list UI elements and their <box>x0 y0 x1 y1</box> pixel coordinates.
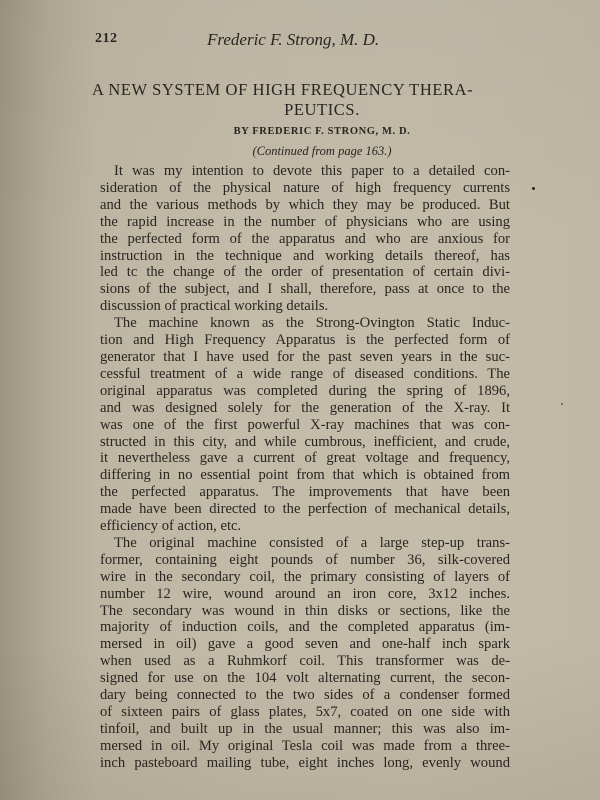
article-title-line-2: PEUTICS. <box>92 100 552 120</box>
text-line: the perfected apparatus. The improvement… <box>100 484 510 501</box>
text-line: The machine known as the Strong-Ovington… <box>100 315 510 332</box>
text-line: efficiency of action, etc. <box>100 518 510 535</box>
article-body: It was my intention to devote this paper… <box>100 163 510 772</box>
paper-speck <box>561 403 563 405</box>
text-line: former, containing eight pounds of numbe… <box>100 552 510 569</box>
text-line: dary being connected to the two sides of… <box>100 687 510 704</box>
text-line: the rapid increase in the number of phys… <box>100 214 510 231</box>
text-line: sideration of the physical nature of hig… <box>100 180 510 197</box>
text-line: wire in the secondary coil, the primary … <box>100 569 510 586</box>
text-line: of sixteen pairs of glass plates, 5x7, c… <box>100 704 510 721</box>
text-line: led tc the change of the order of presen… <box>100 264 510 281</box>
text-line: signed for use on the 104 volt alternati… <box>100 670 510 687</box>
text-line: structed in this city, and while cumbrou… <box>100 434 510 451</box>
paper-speck <box>532 187 535 190</box>
byline: BY FREDERIC F. STRONG, M. D. <box>92 126 552 137</box>
text-line: made have been directed to the perfectio… <box>100 501 510 518</box>
text-line: discussion of practical working details. <box>100 298 510 315</box>
text-line: tion and High Frequency Apparatus is the… <box>100 332 510 349</box>
page-number: 212 <box>95 31 118 47</box>
paragraph-1: It was my intention to devote this paper… <box>100 163 510 315</box>
text-line: generator that I have used for the past … <box>100 349 510 366</box>
text-line: was one of the first powerful X-ray mach… <box>100 417 510 434</box>
paragraph-3: The original machine consisted of a larg… <box>100 535 510 772</box>
text-line: inch pasteboard mailing tube, eight inch… <box>100 755 510 772</box>
text-line: when used as a Ruhmkorf coil. This trans… <box>100 653 510 670</box>
text-line: tinfoil, and built up in the usual manne… <box>100 721 510 738</box>
text-line: It was my intention to devote this paper… <box>100 163 510 180</box>
text-line: The secondary was wound in thin disks or… <box>100 603 510 620</box>
text-line: it nevertheless gave a current of great … <box>100 450 510 467</box>
text-line: mersed in oil. My original Tesla coil wa… <box>100 738 510 755</box>
text-line: original apparatus was completed during … <box>100 383 510 400</box>
text-line: cessful treatment of a wide range of dis… <box>100 366 510 383</box>
text-line: differing in no essential point from tha… <box>100 467 510 484</box>
text-line: mersed in oil) gave a good seven and one… <box>100 636 510 653</box>
text-line: sions of the subject, and I shall, there… <box>100 281 510 298</box>
text-line: The original machine consisted of a larg… <box>100 535 510 552</box>
text-line: the perfected form of the apparatus and … <box>100 231 510 248</box>
running-title: Frederic F. Strong, M. D. <box>207 30 379 50</box>
paragraph-2: The machine known as the Strong-Ovington… <box>100 315 510 535</box>
article-title-line-1: A NEW SYSTEM OF HIGH FREQUENCY THERA- <box>92 80 552 100</box>
article-title: A NEW SYSTEM OF HIGH FREQUENCY THERA- PE… <box>92 80 552 120</box>
text-line: and the various methods by which they ma… <box>100 197 510 214</box>
text-line: instruction in the technique and working… <box>100 248 510 265</box>
text-line: and was designed solely for the generati… <box>100 400 510 417</box>
running-header: 212 Frederic F. Strong, M. D. <box>95 30 550 50</box>
text-line: majority of induction coils, and the com… <box>100 619 510 636</box>
text-line: number 12 wire, wound around an iron cor… <box>100 586 510 603</box>
continued-note: (Continued from page 163.) <box>92 144 552 159</box>
